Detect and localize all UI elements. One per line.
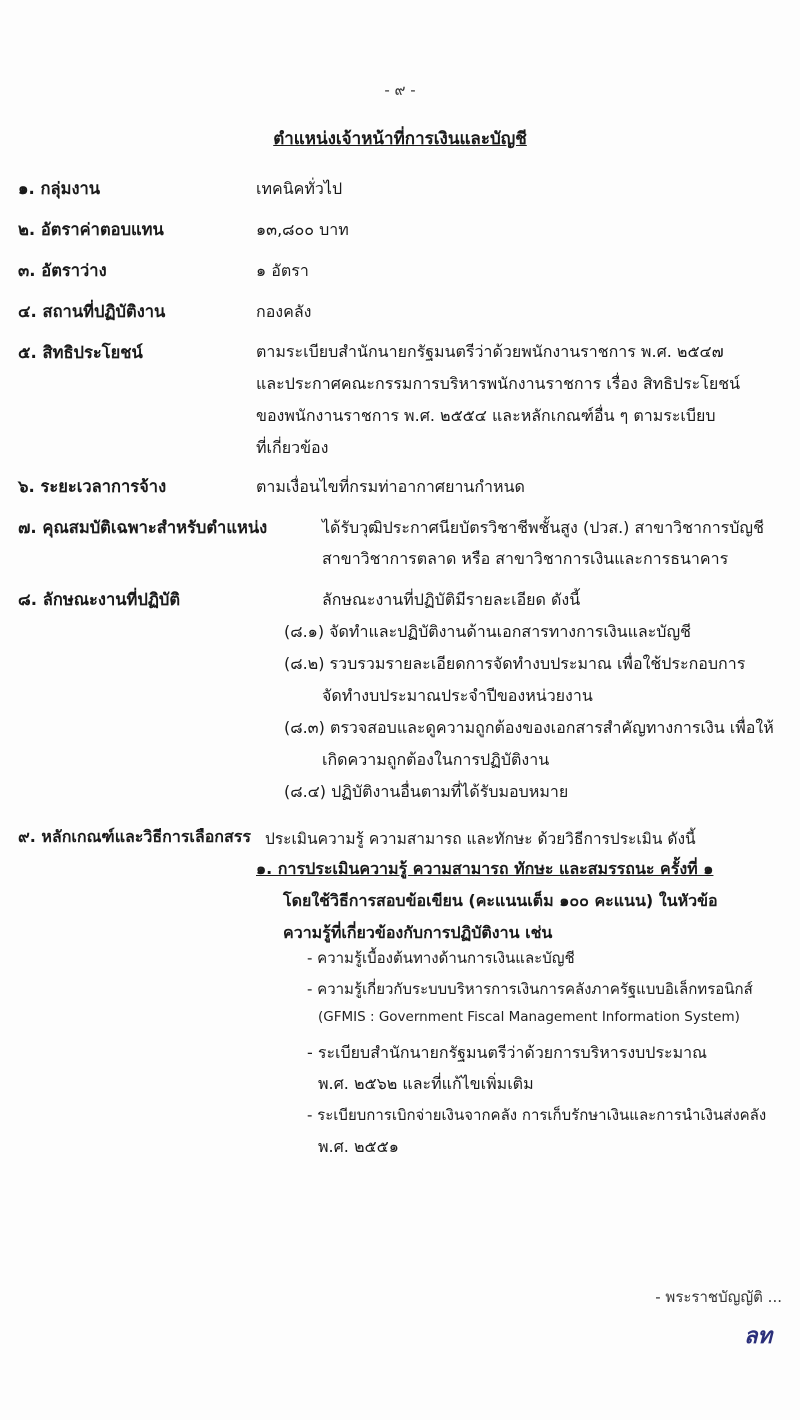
handwritten-initials: ลท <box>744 1318 772 1353</box>
assessment-heading: ๑. การประเมินความรู้ ความสามารถ ทักษะ แล… <box>256 857 713 882</box>
topic-1: - ความรู้เบื้องต้นทางด้านการเงินและบัญชี <box>307 946 575 970</box>
item-7-line-1: ได้รับวุฒิประกาศนียบัตรวิชาชีพชั้นสูง (ป… <box>322 516 764 541</box>
item-4-label: ๔. สถานที่ปฏิบัติงาน <box>18 299 165 325</box>
topic-2-line-2: (GFMIS : Government Fiscal Management In… <box>318 1009 740 1025</box>
item-9-label: ๙. หลักเกณฑ์และวิธีการเลือกสรร <box>18 825 251 850</box>
item-1-label: ๑. กลุ่มงาน <box>18 176 100 202</box>
item-8-4: (๘.๔) ปฏิบัติงานอื่นตามที่ได้รับมอบหมาย <box>284 780 568 805</box>
item-8-1: (๘.๑) จัดทำและปฏิบัติงานด้านเอกสารทางการ… <box>284 620 691 645</box>
item-7-line-2: สาขาวิชาการตลาด หรือ สาขาวิชาการเงินและก… <box>322 547 728 572</box>
item-5-line-4: ที่เกี่ยวข้อง <box>256 432 328 463</box>
item-8-2-line-2: จัดทำงบประมาณประจำปีของหน่วยงาน <box>322 684 593 709</box>
item-3-value: ๑ อัตรา <box>256 259 309 284</box>
item-6-label: ๖. ระยะเวลาการจ้าง <box>18 474 166 500</box>
item-6-value: ตามเงื่อนไขที่กรมท่าอากาศยานกำหนด <box>256 475 525 500</box>
item-8-label: ๘. ลักษณะงานที่ปฏิบัติ <box>18 587 180 613</box>
topic-3-line-2: พ.ศ. ๒๕๖๒ และที่แก้ไขเพิ่มเติม <box>318 1072 534 1097</box>
topic-4-line-1: - ระเบียบการเบิกจ่ายเงินจากคลัง การเก็บร… <box>307 1103 766 1127</box>
item-1-value: เทคนิคทั่วไป <box>256 177 342 202</box>
item-2-value: ๑๓,๘๐๐ บาท <box>256 218 349 243</box>
item-3-label: ๓. อัตราว่าง <box>18 258 107 284</box>
topic-4-line-2: พ.ศ. ๒๕๕๑ <box>318 1135 399 1160</box>
item-9-intro: ประเมินความรู้ ความสามารถ และทักษะ ด้วยว… <box>265 826 696 851</box>
assessment-desc-2: ความรู้ที่เกี่ยวข้องกับการปฏิบัติงาน เช่… <box>283 921 552 946</box>
item-5-label: ๕. สิทธิประโยชน์ <box>18 340 143 366</box>
item-5-line-2: และประกาศคณะกรรมการบริหารพนักงานราชการ เ… <box>256 368 740 399</box>
item-8-2-line-1: (๘.๒) รวบรวมรายละเอียดการจัดทำงบประมาณ เ… <box>284 652 745 677</box>
item-2-label: ๒. อัตราค่าตอบแทน <box>18 217 164 243</box>
item-5-line-1: ตามระเบียบสำนักนายกรัฐมนตรีว่าด้วยพนักงา… <box>256 336 724 367</box>
item-5-line-3: ของพนักงานราชการ พ.ศ. ๒๕๕๔ และหลักเกณฑ์อ… <box>256 400 716 431</box>
assessment-desc-1: โดยใช้วิธีการสอบข้อเขียน (คะแนนเต็ม ๑๐๐ … <box>283 889 718 914</box>
item-8-3-line-2: เกิดความถูกต้องในการปฏิบัติงาน <box>322 748 549 773</box>
topic-2-line-1: - ความรู้เกี่ยวกับระบบบริหารการเงินการคล… <box>307 977 753 1001</box>
item-8-intro: ลักษณะงานที่ปฏิบัติมีรายละเอียด ดังนี้ <box>322 588 580 613</box>
document-title: ตำแหน่งเจ้าหน้าที่การเงินและบัญชี <box>0 125 800 152</box>
item-7-label: ๗. คุณสมบัติเฉพาะสำหรับตำแหน่ง <box>18 515 267 541</box>
item-4-value: กองคลัง <box>256 300 311 325</box>
continuation-text: - พระราชบัญญัติ ... <box>655 1285 782 1309</box>
item-8-3-line-1: (๘.๓) ตรวจสอบและดูความถูกต้องของเอกสารสำ… <box>284 716 774 741</box>
topic-3-line-1: - ระเบียบสำนักนายกรัฐมนตรีว่าด้วยการบริห… <box>307 1041 707 1066</box>
page-number: - ๙ - <box>0 78 800 102</box>
